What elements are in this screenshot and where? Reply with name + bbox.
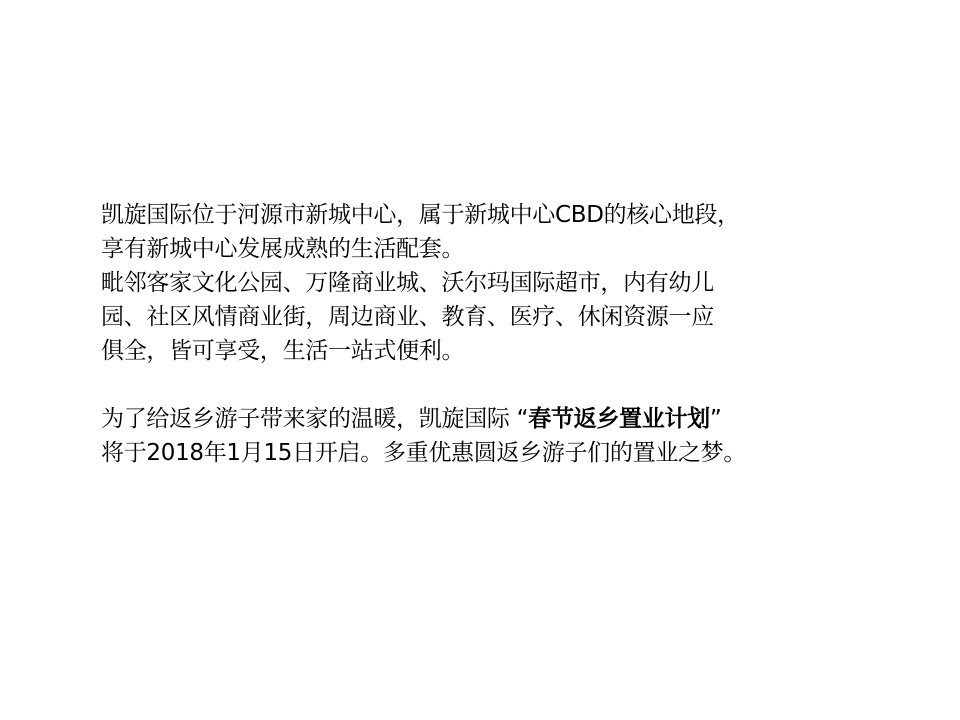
text-line: 凯旋国际位于河源市新城中心，属于新城中心CBD的核心地段， (101, 198, 861, 232)
open-quote: “ (517, 406, 529, 432)
text-line: 享有新城中心发展成熟的生活配套。 (101, 232, 861, 266)
paragraph-promotion: 为了给返乡游子带来家的温暖，凯旋国际 “春节返乡置业计划” 将于2018年1月1… (101, 402, 861, 470)
text-line: 毗邻客家文化公园、万隆商业城、沃尔玛国际超市，内有幼儿 (101, 266, 861, 300)
text-line: 为了给返乡游子带来家的温暖，凯旋国际 “春节返乡置业计划” (101, 402, 861, 436)
body-text-box: 凯旋国际位于河源市新城中心，属于新城中心CBD的核心地段， 享有新城中心发展成熟… (101, 198, 861, 470)
promotion-plan-name: 春节返乡置业计划 (528, 406, 710, 432)
text-line: 将于2018年1月15日开启。多重优惠圆返乡游子们的置业之梦。 (101, 436, 861, 470)
close-quote: ” (710, 406, 722, 432)
paragraph-location: 凯旋国际位于河源市新城中心，属于新城中心CBD的核心地段， 享有新城中心发展成熟… (101, 198, 861, 266)
slide: 凯旋国际位于河源市新城中心，属于新城中心CBD的核心地段， 享有新城中心发展成熟… (0, 0, 960, 720)
text-line: 园、社区风情商业街，周边商业、教育、医疗、休闲资源一应 (101, 300, 861, 334)
promotion-intro: 为了给返乡游子带来家的温暖，凯旋国际 (101, 406, 517, 432)
paragraph-amenities: 毗邻客家文化公园、万隆商业城、沃尔玛国际超市，内有幼儿 园、社区风情商业街，周边… (101, 266, 861, 368)
paragraph-spacer (101, 368, 861, 402)
text-line: 俱全，皆可享受，生活一站式便利。 (101, 334, 861, 368)
